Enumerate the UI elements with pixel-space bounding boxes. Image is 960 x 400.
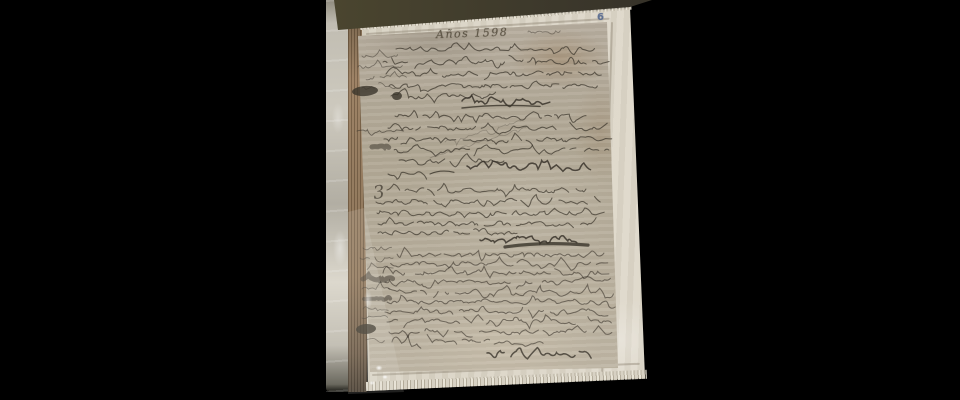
svg-text:3: 3 xyxy=(372,182,386,204)
photo-stage: 3 Años 1598 6 xyxy=(0,0,960,400)
handwriting-svg: 3 xyxy=(0,0,960,400)
folio-number: 6 xyxy=(597,12,604,23)
